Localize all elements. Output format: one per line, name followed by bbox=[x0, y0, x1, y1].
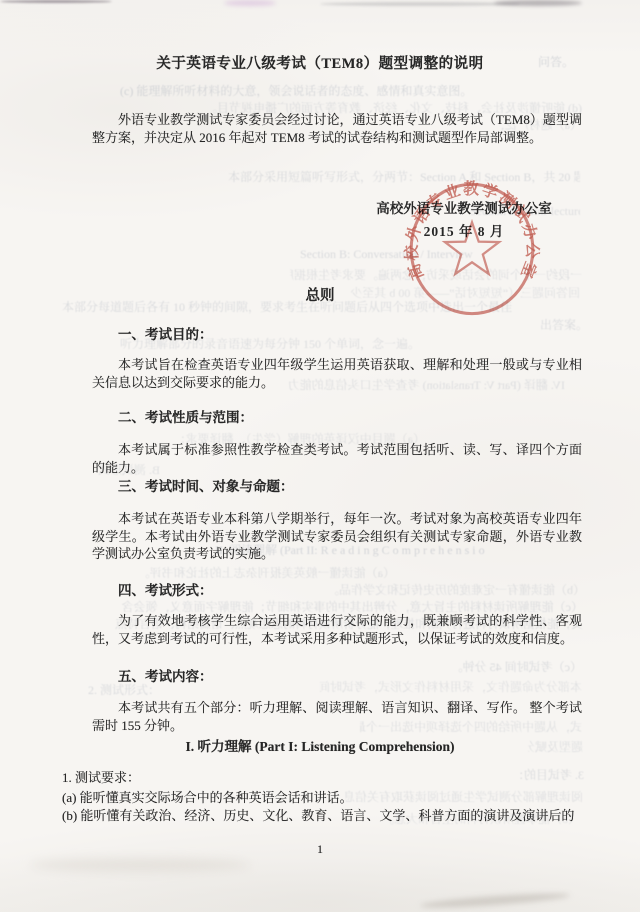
scan-smudge bbox=[30, 858, 250, 872]
section-5-heading: 五、考试内容： bbox=[118, 668, 213, 686]
seal-curved-text: 高校外语专业教学测试办公室 bbox=[402, 180, 542, 283]
document-page: 问答。(c) 能理解所听材料的大意，领会说话者的态度、感情和真实意图。(d) 能… bbox=[0, 0, 640, 912]
scan-edge-artifact bbox=[0, 0, 112, 3]
section-1-body: 本考试旨在检查英语专业四年级学生运用英语获取、理解和处理一般或与专业相关信息以达… bbox=[92, 356, 582, 391]
section-4-heading: 四、考试形式： bbox=[118, 582, 213, 600]
seal-star-icon bbox=[445, 222, 499, 274]
part1-heading: I. 听力理解 (Part I: Listening Comprehension… bbox=[0, 738, 640, 756]
requirements-heading: 1. 测试要求： bbox=[62, 769, 586, 786]
section-2-body: 本考试属于标准参照性教学检查类考试。考试范围包括听、读、写、译四个方面的能力。 bbox=[92, 441, 582, 476]
document-title: 关于英语专业八级考试（TEM8）题型调整的说明 bbox=[0, 56, 640, 74]
svg-text:高校外语专业教学测试办公室: 高校外语专业教学测试办公室 bbox=[402, 180, 542, 283]
bleed-text-line: 本部分为命题作文，采用材料作文形式，考试时间 45 分钟。 bbox=[320, 680, 582, 694]
requirement-item-a: (a) 能听懂真实交际场合中的各种英语会话和讲话。 bbox=[62, 789, 586, 806]
bleed-text-line: （a）能读懂一般英美报刊杂志上的社论和书评。 bbox=[95, 566, 395, 580]
section-5-body: 本考试共有五个部分：听力理解、阅读理解、语言知识、翻译、写作。 整个考试需时 1… bbox=[92, 699, 582, 734]
section-2-heading: 二、考试性质与范围： bbox=[118, 409, 253, 427]
bleed-text-line: （c）考试时间 45 分钟。 bbox=[430, 660, 582, 674]
scan-edge-artifact bbox=[494, 0, 582, 6]
section-3-heading: 三、考试时间、对象与命题： bbox=[118, 478, 294, 496]
requirement-item-b: (b) 能听懂有关政治、经济、历史、文化、教育、语言、文学、科普方面的演讲及演讲… bbox=[62, 807, 586, 824]
section-4-body: 为了有效地考核学生综合运用英语进行交际的能力，既兼顾考试的科学性、客观性，又考虑… bbox=[92, 612, 582, 647]
intro-paragraph: 外语专业教学测试专家委员会经过讨论，通过英语专业八级考试（TEM8）题型调整方案… bbox=[92, 111, 582, 146]
general-rules-heading: 总则 bbox=[0, 288, 640, 306]
bleed-text-line: (c) 能理解所听材料的大意，领会说话者的态度、感情和真实意图。 bbox=[120, 84, 582, 98]
section-1-heading: 一、考试目的： bbox=[118, 326, 213, 344]
page-number: 1 bbox=[0, 841, 640, 859]
bleed-text-line: （b）能读懂有一定难度的历史传记和文学作品。 bbox=[330, 583, 585, 597]
scan-edge-artifact bbox=[224, 0, 276, 6]
scan-edge-artifact bbox=[320, 2, 520, 6]
section-3-body: 本考试在英语专业本科第八学期举行，每年一次。考试对象为高校英语专业四年级学生。本… bbox=[92, 510, 582, 563]
scan-smudge bbox=[420, 891, 570, 910]
